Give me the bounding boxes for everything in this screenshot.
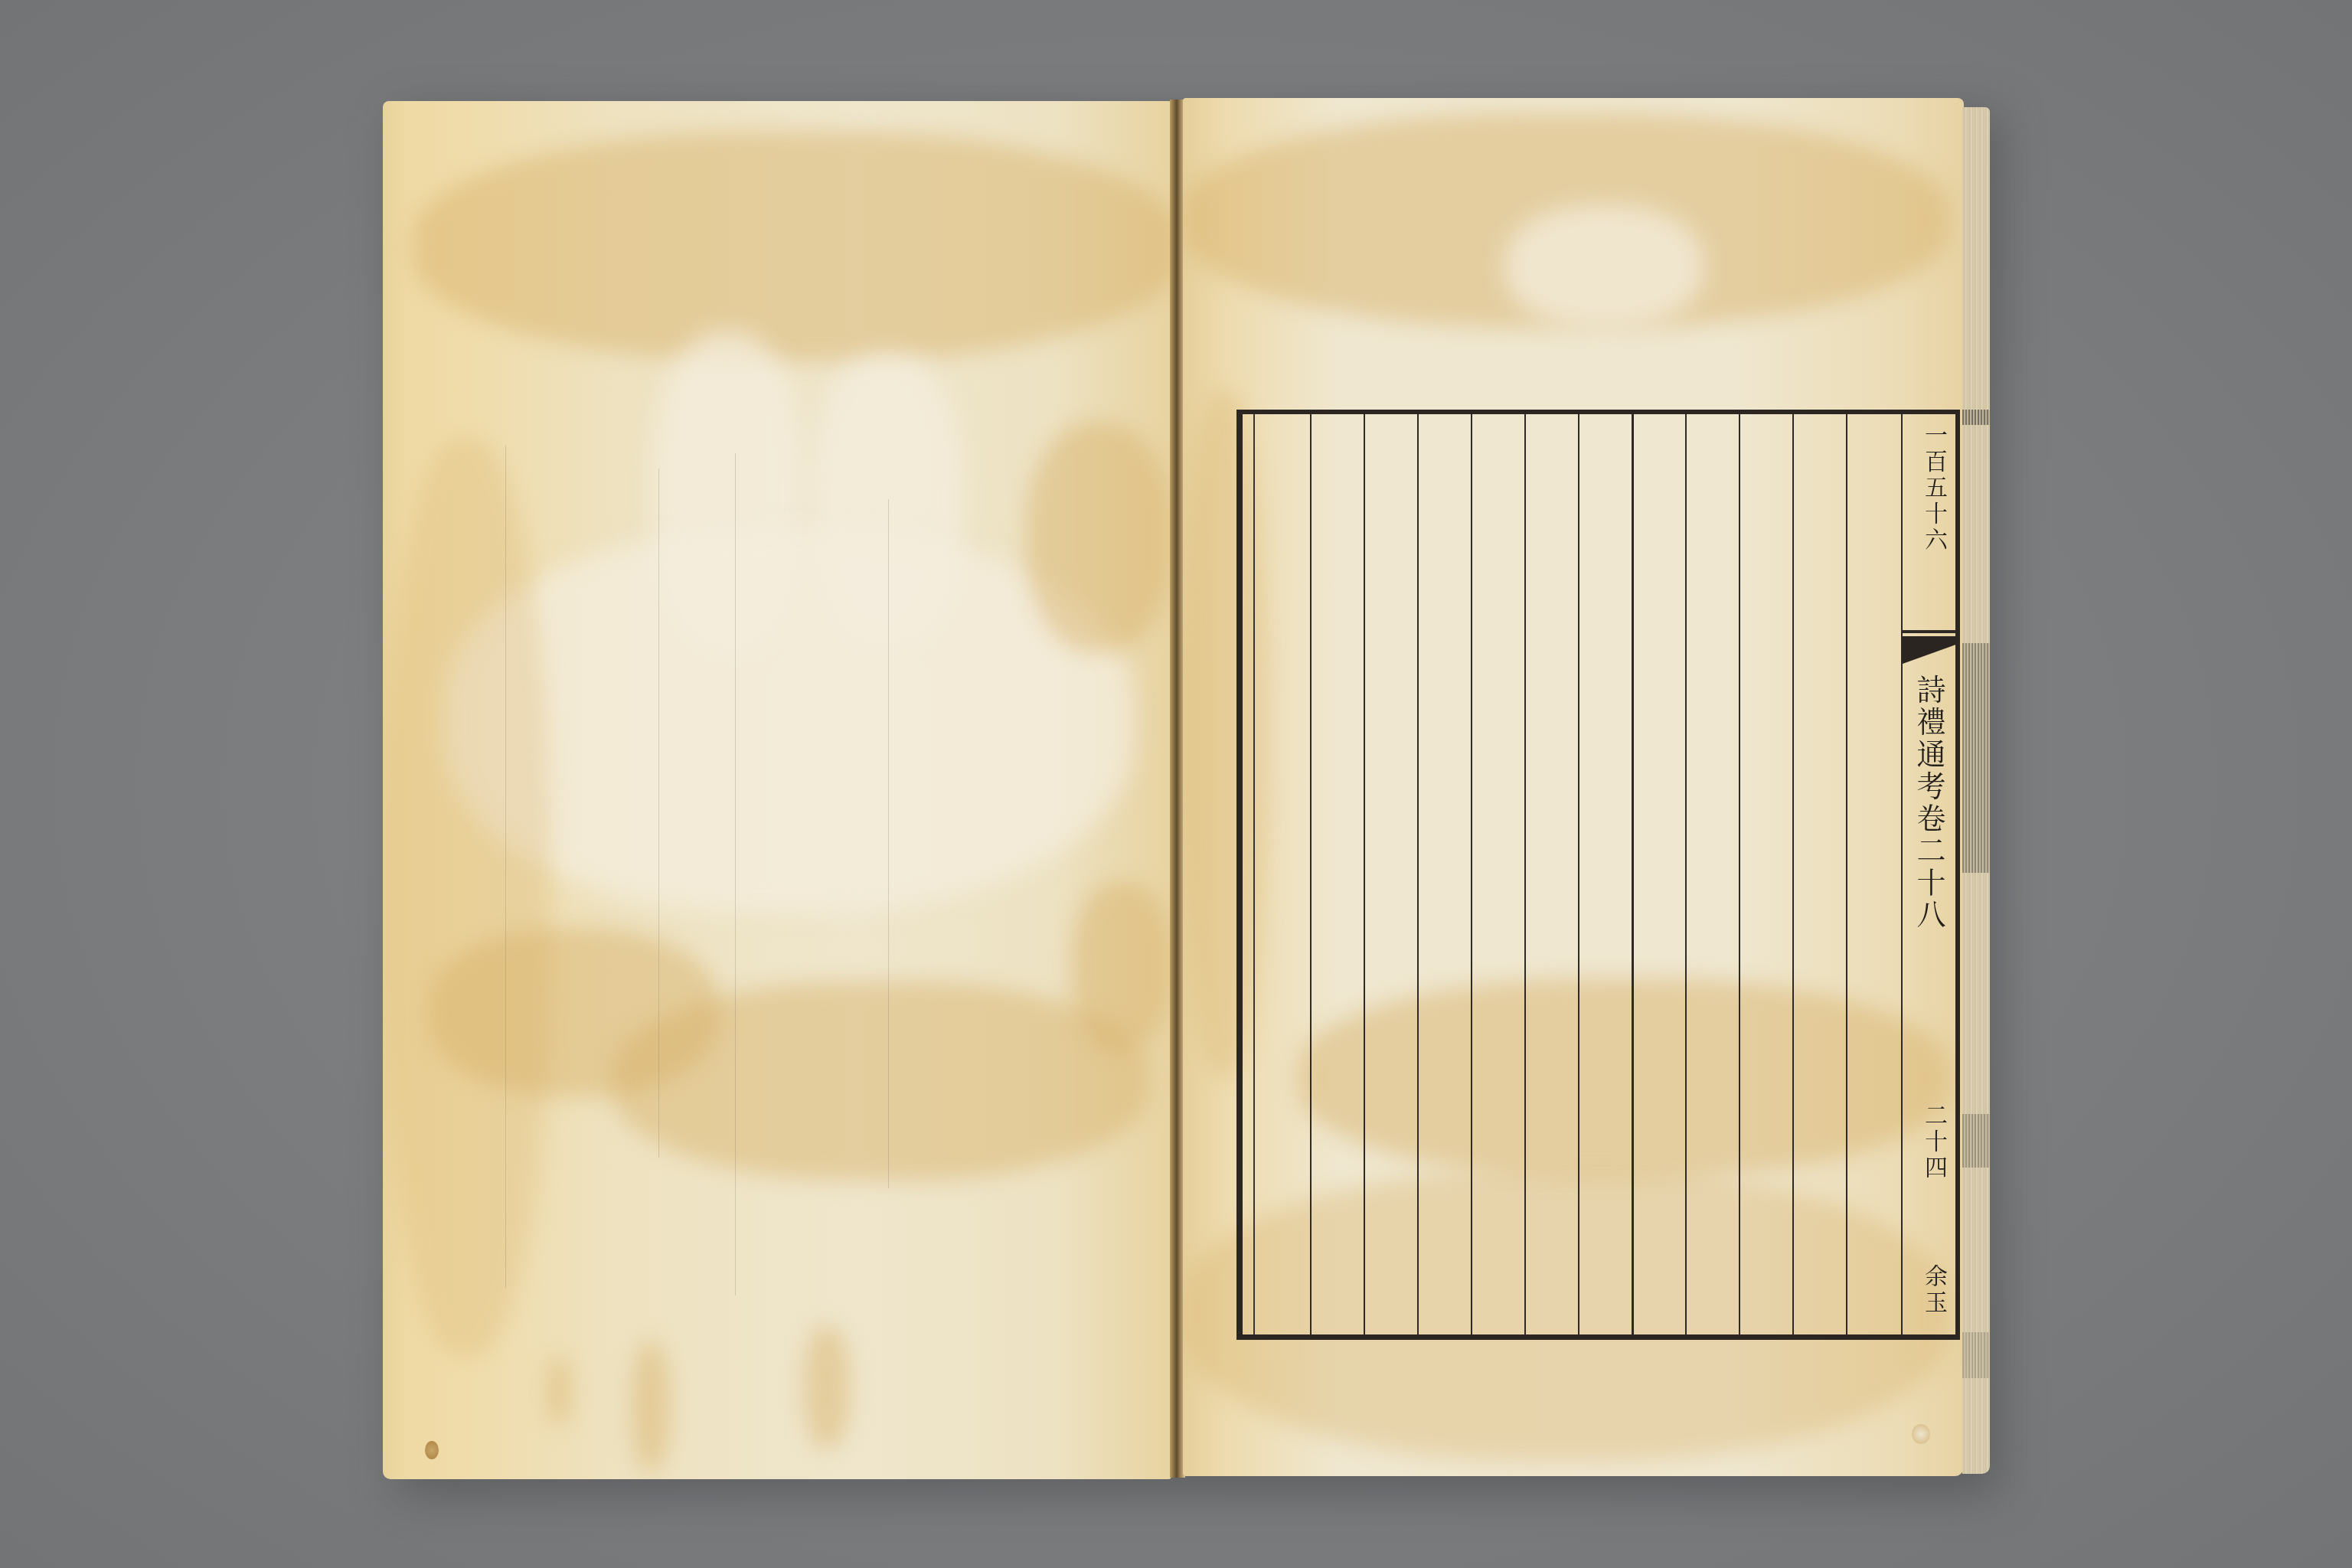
show-through-line xyxy=(505,446,506,1288)
carver-mark-label: 余玉 xyxy=(1909,1264,1949,1316)
water-stain xyxy=(413,132,1171,361)
column-rule xyxy=(1792,414,1794,1334)
book-title-label: 詩禮通考卷二十八 xyxy=(1909,675,1949,932)
show-through-line xyxy=(888,499,889,1188)
pale-area xyxy=(1504,205,1704,328)
column-rule xyxy=(1739,414,1740,1334)
water-stain xyxy=(612,982,1148,1181)
heart-column: 一百五十六 詩禮通考卷二十八 二十四 余玉 xyxy=(1901,414,1956,1334)
frame-inner-rule xyxy=(1253,414,1255,1334)
drip-stain xyxy=(632,1341,670,1472)
drip-stain xyxy=(804,1326,850,1449)
fishtail-ornament xyxy=(1903,636,1956,664)
show-through-line xyxy=(658,469,659,1158)
water-stain xyxy=(1026,423,1171,652)
water-stain xyxy=(1072,882,1171,1050)
column-rule xyxy=(1632,414,1634,1334)
leaf-count-label: 一百五十六 xyxy=(1909,423,1949,554)
column-rule xyxy=(1524,414,1526,1334)
sewing-hole xyxy=(1912,1424,1930,1444)
column-rule xyxy=(1578,414,1579,1334)
show-through-line xyxy=(735,453,736,1295)
sewing-hole xyxy=(425,1441,439,1459)
column-rule xyxy=(1310,414,1312,1334)
printing-block-frame: 一百五十六 詩禮通考卷二十八 二十四 余玉 xyxy=(1236,410,1960,1340)
column-rule xyxy=(1685,414,1687,1334)
left-page xyxy=(383,101,1171,1479)
water-stain xyxy=(383,438,551,1357)
column-rule xyxy=(1846,414,1847,1334)
page-stack-edge xyxy=(1962,107,1990,1474)
column-rule xyxy=(1471,414,1472,1334)
drip-stain xyxy=(547,1357,570,1426)
leaf-number-label: 二十四 xyxy=(1909,1103,1949,1181)
column-rule xyxy=(1417,414,1419,1334)
fishtail-bar xyxy=(1903,630,1956,633)
column-rule xyxy=(1364,414,1365,1334)
